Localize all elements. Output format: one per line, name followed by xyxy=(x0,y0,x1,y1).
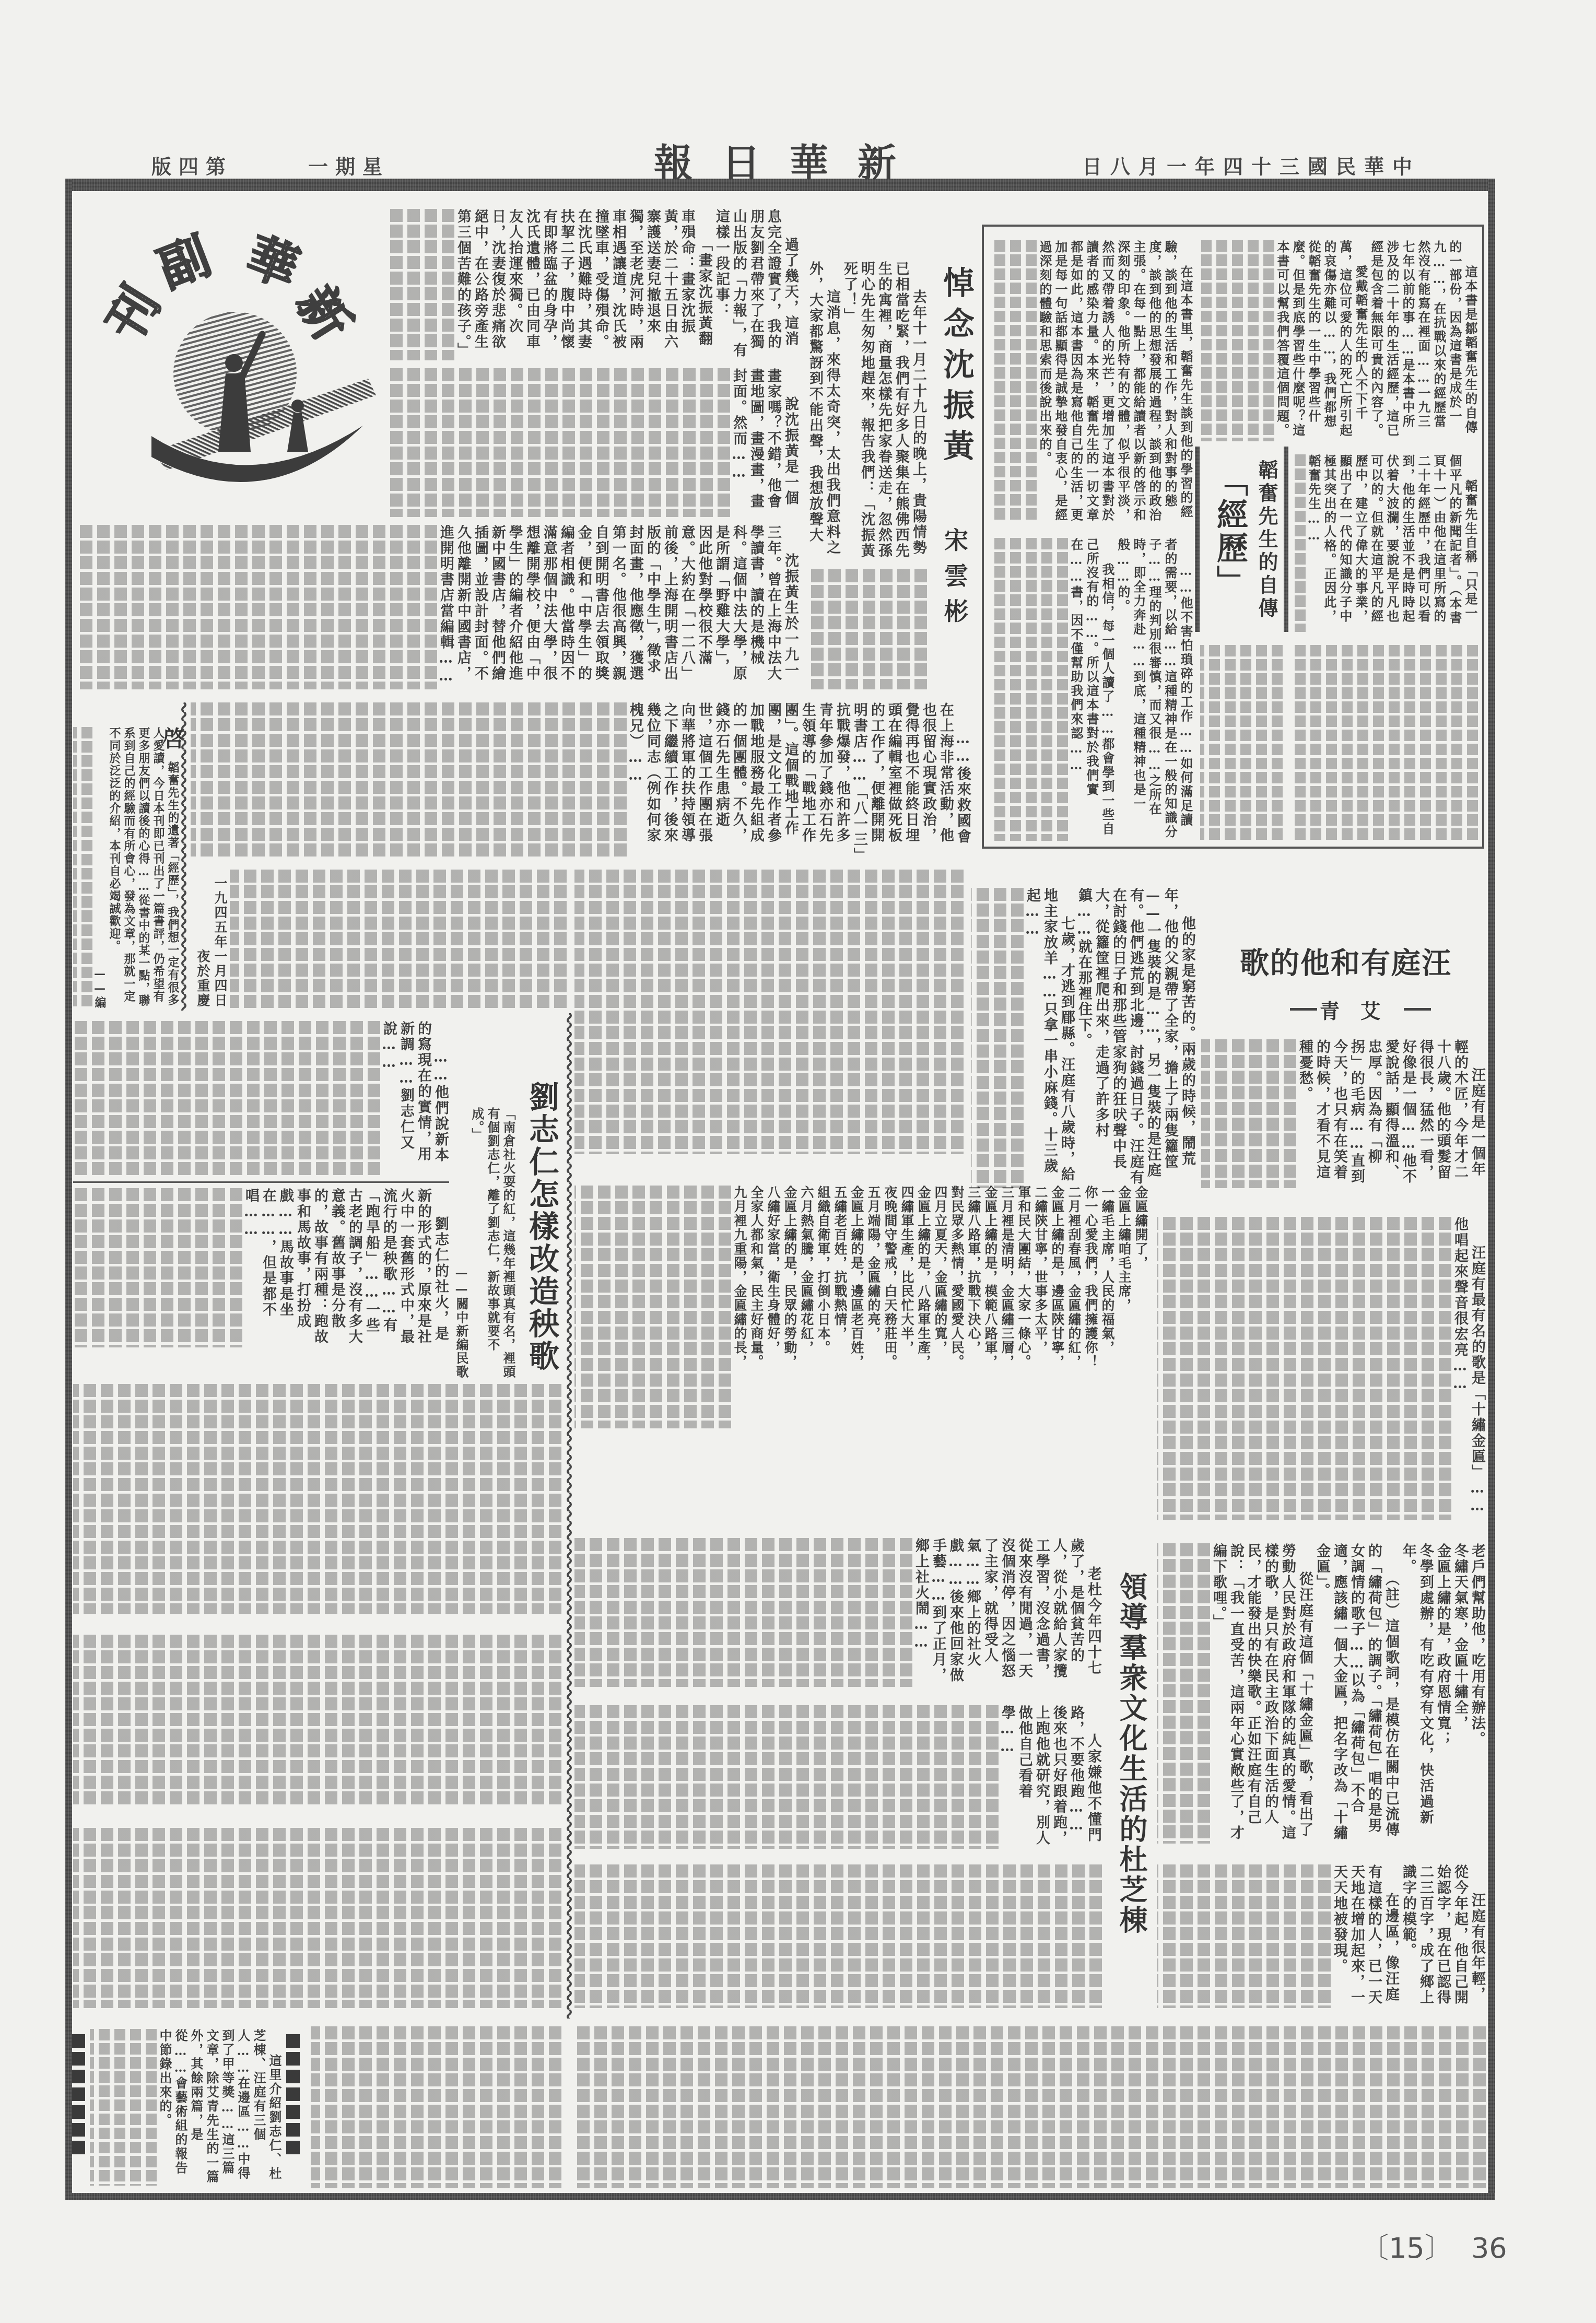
paragraph: 韜奮先生自稱「只是一個平凡的新聞記者」。（本書頁十一）由他在這里所寫的二十年經歷… xyxy=(1306,454,1478,632)
lyric-line: 三繡八路軍，抗戰下決心， xyxy=(965,1186,982,1428)
illegible-text-texture xyxy=(574,1864,1102,2008)
liu-text-block xyxy=(73,1384,561,1614)
paragraph: 去年十一月二十九日的晚上，貴陽情勢已相當吃緊，我們有好多人聚集在熊佛西先生的寓裡… xyxy=(841,261,927,559)
paragraph: 沈振黃生於一九一三年。曾在上海中法大學讀書，讀的是機械科。這個中法大學，原是所謂… xyxy=(437,525,799,689)
header-rule xyxy=(65,179,1495,191)
wang-text-block: 汪庭有最有名的歌是「十繡金匾」……他唱起來聲音很宏亮…… xyxy=(1157,1217,1486,1520)
paragraph: 這消息，來得太奇突，太出我們意料之外，大家都驚訝到不能出聲，我想放聲大哭，同時卻… xyxy=(807,261,841,559)
lyric-line: 五繡老百姓，抗戰熱情， xyxy=(831,1186,848,1428)
review-text-block: 這本書是鄒韜奮先生的自傳的一部份，因為這書是成於一九……，在抗戰以來的經歷當然沒… xyxy=(1201,240,1478,441)
wang-author: 艾青 xyxy=(1320,1000,1401,1023)
liu-epigraph-source: ——關中新編民歌 xyxy=(453,1107,469,1379)
liu-text-block xyxy=(311,2026,561,2188)
lyric-line: 軍和民大團結，大家一條心。 xyxy=(1015,1186,1032,1428)
liu-text-block: 劉志仁的社火，是新的形式的，原來是社火中一套舊形式中，最流行的是秧歌……有「跑旱… xyxy=(73,1188,449,1347)
mourning-signoff: 一九四五年一月四日 夜於重慶 xyxy=(192,870,229,1008)
illegible-text-texture xyxy=(311,2026,561,2188)
editor-note-block: 這里介紹劉志仁、杜芝棟、汪庭有三個人……在邊區……中得到了甲等獎……這三篇文章，… xyxy=(90,2029,282,2186)
lyric-line: 四繡軍生產，比民忙大半， xyxy=(898,1186,915,1428)
paragraph: 汪庭有很年輕，從今年起，他自己開始認字，現在已認得二三百字，成了鄉上識字的模範。 xyxy=(1400,1864,1486,2008)
lyric-line: 冬學到處辦，有吃有穿有文化，快活過新年。 xyxy=(1400,1543,1434,1844)
illegible-text-texture xyxy=(574,870,964,1154)
paragraph: 我相信，每一個人讀了……都會學到一些自己所沒有的……。所以這本書對於我們實在……… xyxy=(1068,538,1115,841)
wang-title: 汪庭有和他的歌 xyxy=(1240,940,1452,982)
supplement-logo: 新 華 副 刊 xyxy=(78,206,379,483)
lyric-line: 你一心愛我們，我們擁護你！ xyxy=(1082,1186,1099,1428)
wavy-line xyxy=(180,702,187,1011)
liu-epigraph: 「南倉社火耍的紅，這幾年裡頭真有名，裡頭有個劉志仁，離了劉志仁，新故事就要不成。… xyxy=(469,1107,516,1379)
paragraph: 在邊區，像汪庭有這樣的人，已一天天地在增加起來，一天天地被發現。 xyxy=(1331,1864,1400,2008)
page-ref: 〔15〕 xyxy=(1360,2232,1453,2265)
du-text-block xyxy=(574,1864,1102,2008)
illegible-text-texture xyxy=(90,2029,157,2186)
wavy-column-divider xyxy=(566,1013,573,2019)
weekday-label: 星期一 xyxy=(308,150,390,179)
lyric-line: 金匾上繡的是，邊區陝甘寧， xyxy=(1049,1186,1065,1428)
illegible-text-texture xyxy=(990,538,1068,841)
logo-char: 華 xyxy=(239,227,307,299)
liu-text-block: ……他們說新本的寫現在的實情，用新調……劉志仁又說…… xyxy=(73,1021,449,1175)
illegible-text-texture xyxy=(1157,1543,1210,1844)
illegible-text-texture xyxy=(990,240,1037,522)
lyric-line: 組織自衛軍，打倒小日本。 xyxy=(815,1186,831,1428)
paragraph: 在這本書里，韜奮先生談到他的學習的經驗，談到他的生活和工作，對人和對事的態度，談… xyxy=(1037,240,1193,522)
illegible-text-texture xyxy=(971,888,1024,1188)
editor-note-body: 這里介紹劉志仁、杜芝棟、汪庭有三個人……在邊區……中得到了甲等獎……這三篇文章，… xyxy=(157,2029,282,2186)
paragraph: ……後來救國會在上海非常活動，他也很留心現實政治，覺得再也不能終日埋頭在編輯室裡… xyxy=(627,702,971,857)
lyric-line: 全家人都和氣，民主好商量。 xyxy=(748,1186,765,1428)
review-text-block: 在這本書里，韜奮先生談到他的學習的經驗，談到他的生活和工作，對人和對事的態度，談… xyxy=(990,240,1193,522)
illegible-text-texture xyxy=(191,702,627,857)
editor-note-ornament-right xyxy=(286,2034,300,2154)
mourning-text-block: 說沈振黃是一個畫家嗎？不錯，他會畫地圖，畫漫畫，畫封面。然而…… xyxy=(386,368,799,517)
lyric-line: 對民眾多熱情，愛國愛人民。 xyxy=(948,1186,965,1428)
paragraph: ……他不害怕瑣碎的工作……如何滿足讀者的需要，以給……這種精神是在一般的知識分子… xyxy=(1115,538,1193,841)
lyric-line: 老戶們幫助他，吃用有辦法。 xyxy=(1469,1543,1486,1844)
lyric-line: 金匾上繡的是，模範八路軍， xyxy=(982,1186,999,1428)
review-title-bar-right xyxy=(1284,447,1288,632)
paragraph: 劉志仁的社火，是新的形式的，原來是社火中一套舊形式中，最流行的是秧歌……有「跑旱… xyxy=(242,1188,449,1347)
signoff-place: 夜於重慶 xyxy=(194,870,212,1008)
du-title: 領導羣衆文化生活的杜芝棟 xyxy=(1111,1572,1152,1935)
illegible-text-texture xyxy=(1157,1864,1331,2008)
paragraph: 汪庭有是一個年輕的木匠，今年才二十八歲。他的頭髮留得很長，猛然一看，好像是一個…… xyxy=(1296,1039,1486,1188)
wang-text-block: 汪庭有很年輕，從今年起，他自己開始認字，現在已認得二三百字，成了鄉上識字的模範。… xyxy=(1157,1864,1486,2008)
wang-byline: 艾青 xyxy=(1290,995,1431,1024)
mourning-text-block: 過了幾天，這消息完全證實了，我的朋友劉君帶來了在獨山出版的「力報」，有這樣一段記… xyxy=(386,209,799,360)
lyric-line: 六月熱氣騰，金匾繡花紅， xyxy=(798,1186,815,1428)
liu-text-block xyxy=(73,1635,561,1807)
lyric-line: 三月裡是清明，金匾繡三層， xyxy=(999,1186,1015,1428)
liu-epigraph-block: 「南倉社火耍的紅，這幾年裡頭真有名，裡頭有個劉志仁，離了劉志仁，新故事就要不成。… xyxy=(453,1107,516,1379)
paragraph: （註）這個歌詞，是模仿在關中已流傳的「繡荷包」的調子。「繡荷包」唱的是男女調情的… xyxy=(1313,1543,1400,1844)
mourning-author: 宋雲彬 xyxy=(937,527,972,634)
paragraph: ……他們說新本的寫現在的實情，用新調……劉志仁又說…… xyxy=(380,1021,449,1175)
lyric-line: 冬繡天氣寒，金匾十繡全， xyxy=(1451,1543,1469,1844)
frame-left-border xyxy=(65,179,72,2200)
lyric-line: 金匾繡開了， xyxy=(1132,1186,1149,1428)
illegible-text-texture xyxy=(73,1828,561,2008)
paragraph: 老杜今年四十七歲了，是個貧苦的人，從小就給人家攬工學習，沒念過書，從來沒有閒過，… xyxy=(912,1538,1102,1687)
review-text-block xyxy=(1293,645,1478,841)
illegible-text-texture xyxy=(73,1635,561,1807)
illegible-text-texture xyxy=(574,1186,731,1428)
song-lyrics-block: 金匾繡開了， 金匾上繡咱毛主席， 一繡毛主席，人民的福氣， 你一心愛我們，我們擁… xyxy=(574,1186,1149,1428)
signoff-date: 一九四五年一月四日 xyxy=(212,870,229,1008)
lyric-line: 一繡毛主席，人民的福氣， xyxy=(1099,1186,1116,1428)
illegible-text-texture xyxy=(1293,645,1478,841)
lyric-line: 金匾上繡的是，政府恩情寬； xyxy=(1434,1543,1451,1844)
review-title-bar-left xyxy=(1195,447,1200,632)
lyric-line: 金匾上繡的是，八路軍生產， xyxy=(915,1186,932,1428)
notice-text-block: 韜奮先生的遺著「經歷」，我們想一定有很多人愛讀，今日本刊即已刊出了一篇書評，仍希… xyxy=(73,727,180,1009)
logo-char: 刊 xyxy=(95,277,171,350)
lyric-line: 五月端陽，金匾繡的亮， xyxy=(865,1186,882,1428)
editor-note-ornament-left xyxy=(72,2034,85,2154)
illegible-text-texture xyxy=(386,209,454,360)
illegible-text-texture xyxy=(386,368,730,517)
du-text-block xyxy=(574,2026,1486,2188)
review-kicker: 韜奮先生的自傳 xyxy=(1252,460,1281,620)
paragraph: 「畫家沈振黃翻車殞命：畫家沈振黃，於二十五日由六寨護送妻兒撤退來獨，至老虎河時，… xyxy=(454,209,713,360)
lyric-line: 金匾上繡的是，民眾的勞動， xyxy=(781,1186,798,1428)
notice-body: 韜奮先生的遺著「經歷」，我們想一定有很多人愛讀，今日本刊即已刊出了一篇書評，仍希… xyxy=(107,727,180,1009)
paragraph: 過了幾天，這消息完全證實了，我的朋友劉君帶來了在獨山出版的「力報」，有這樣一段記… xyxy=(713,209,799,360)
lyric-line: 二月裡刮春風，金匾繡的紅， xyxy=(1065,1186,1082,1428)
mourning-text-block xyxy=(230,870,567,1008)
du-text-block: 人家嫌他不懂門路，不要他跑……後來也只好跟着跑，上跑他就研究，別人做他自己看着學… xyxy=(574,1705,1102,1849)
illegible-text-texture xyxy=(1293,454,1306,632)
wang-text-block: 他的家是窮苦的。兩歲的時候，鬧荒年，他的父親帶了全家，擔上了兩隻籮筐——一隻裝的… xyxy=(971,888,1196,1188)
illegible-text-texture xyxy=(574,1705,999,1849)
wang-text-block: 老戶們幫助他，吃用有辦法。 冬繡天氣寒，金匾十繡全， 金匾上繡的是，政府恩情寬；… xyxy=(1157,1543,1486,1844)
illegible-text-texture xyxy=(78,525,437,689)
wang-text-block xyxy=(574,870,964,1154)
illegible-text-texture xyxy=(574,1538,912,1687)
illegible-text-texture xyxy=(230,870,567,1008)
liu-text-block xyxy=(73,1828,561,2008)
liu-title: 劉志仁怎樣改造秧歌 xyxy=(520,1081,564,1372)
review-text-block: ……他不害怕瑣碎的工作……如何滿足讀者的需要，以給……這種精神是在一般的知識分子… xyxy=(990,538,1193,841)
mourning-text-block: 去年十一月二十九日的晚上，貴陽情勢已相當吃緊，我們有好多人聚集在熊佛西先生的寓裡… xyxy=(807,261,927,559)
review-title: 「經歷」 xyxy=(1207,465,1252,599)
page-number: 〔15〕 36 xyxy=(1360,2226,1507,2266)
logo-second-figure-head xyxy=(291,400,304,412)
paragraph: 說沈振黃是一個畫家嗎？不錯，他會畫地圖，畫漫畫，畫封面。然而…… xyxy=(730,368,799,517)
illegible-text-texture xyxy=(73,1021,380,1175)
page-number-value: 36 xyxy=(1471,2232,1507,2265)
paragraph: 他的家是窮苦的。兩歲的時候，鬧荒年，他的父親帶了全家，擔上了兩隻籮筐——一隻裝的… xyxy=(1075,888,1196,1188)
paragraph: 從汪庭有這個「十繡金匾」歌，看出了勞動人民對於政府和軍隊的純真的愛情。這樣的歌，… xyxy=(1210,1543,1313,1844)
illegible-text-texture xyxy=(73,727,92,1009)
notice-signature: ——編 xyxy=(92,727,107,1009)
section-divider-line xyxy=(73,1181,449,1183)
review-text-block xyxy=(1200,645,1283,841)
paragraph: 愛戴韜奮先生的人不下千萬，這位可愛的人的死亡所引起的哀傷亦難以……，我們都想從韜… xyxy=(1274,240,1368,441)
paragraph: 七歲，才逃到郿縣。汪庭有八歲時，給地主家放羊……只拿一串小麻錢。十三歲起…… xyxy=(1024,888,1075,1188)
illegible-text-texture xyxy=(1157,1217,1451,1520)
mourning-text-block xyxy=(807,569,927,689)
illegible-text-texture xyxy=(807,569,927,689)
paragraph: 這本書是鄒韜奮先生的自傳的一部份，因為這書是成於一九……，在抗戰以來的經歷當然沒… xyxy=(1368,240,1478,441)
logo-char: 新 xyxy=(286,277,362,350)
paragraph: 人家嫌他不懂門路，不要他跑……後來也只好跟着跑，上跑他就研究，別人做他自己看着學… xyxy=(999,1705,1102,1849)
lyric-line: 八繡好家當，衛生身體好， xyxy=(765,1186,781,1428)
illegible-text-texture xyxy=(73,1188,242,1347)
mourning-text-block: 沈振黃生於一九一三年。曾在上海中法大學讀書，讀的是機械科。這個中法大學，原是所謂… xyxy=(78,525,799,689)
logo-figure-head xyxy=(225,354,243,372)
issue-date: 中華民國三十四年一月八日 xyxy=(1082,150,1421,179)
illegible-text-texture xyxy=(574,2026,1486,2188)
lyric-line: 九月裡九重陽，金匾繡的長， xyxy=(731,1186,748,1428)
paragraph: 汪庭有最有名的歌是「十繡金匾」……他唱起來聲音很宏亮…… xyxy=(1451,1217,1486,1520)
wavy-line xyxy=(566,1013,573,2019)
wavy-column-divider xyxy=(180,702,187,1011)
mourning-text-block: ……後來救國會在上海非常活動，他也很留心現實政治，覺得再也不能終日埋頭在編輯室裡… xyxy=(191,702,971,857)
review-text-block: 韜奮先生自稱「只是一個平凡的新聞記者」。（本書頁十一）由他在這里所寫的二十年經歷… xyxy=(1293,454,1478,632)
wang-text-block: 汪庭有是一個年輕的木匠，今年才二十八歲。他的頭髮留得很長，猛然一看，好像是一個…… xyxy=(1201,1039,1486,1188)
lyric-line: 夜晚間守警戒，白天務莊田。 xyxy=(882,1186,898,1428)
lyric-line: 金匾上繡咱毛主席， xyxy=(1116,1186,1132,1428)
byline-dash xyxy=(1404,1008,1431,1011)
lyric-line: 金匾上繡的是，邊區老百姓， xyxy=(848,1186,865,1428)
frame-bottom-border xyxy=(65,2193,1495,2200)
page-label: 第四版 xyxy=(151,150,233,179)
byline-dash xyxy=(1290,1008,1317,1011)
du-text-block: 老杜今年四十七歲了，是個貧苦的人，從小就給人家攬工學習，沒念過書，從來沒有閒過，… xyxy=(574,1538,1102,1687)
logo-char: 副 xyxy=(150,227,218,299)
illegible-text-texture xyxy=(73,1384,561,1614)
lyric-line: 二繡陝甘寧，世事多太平， xyxy=(1032,1186,1049,1428)
frame-right-border xyxy=(1488,179,1495,2200)
illegible-text-texture xyxy=(1200,645,1283,841)
mourning-title: 悼念沈振黃 xyxy=(934,266,979,470)
lyric-line: 四月立夏天，金匾繡的寬， xyxy=(932,1186,948,1428)
illegible-text-texture xyxy=(1201,1039,1296,1188)
illegible-text-texture xyxy=(1201,240,1274,441)
